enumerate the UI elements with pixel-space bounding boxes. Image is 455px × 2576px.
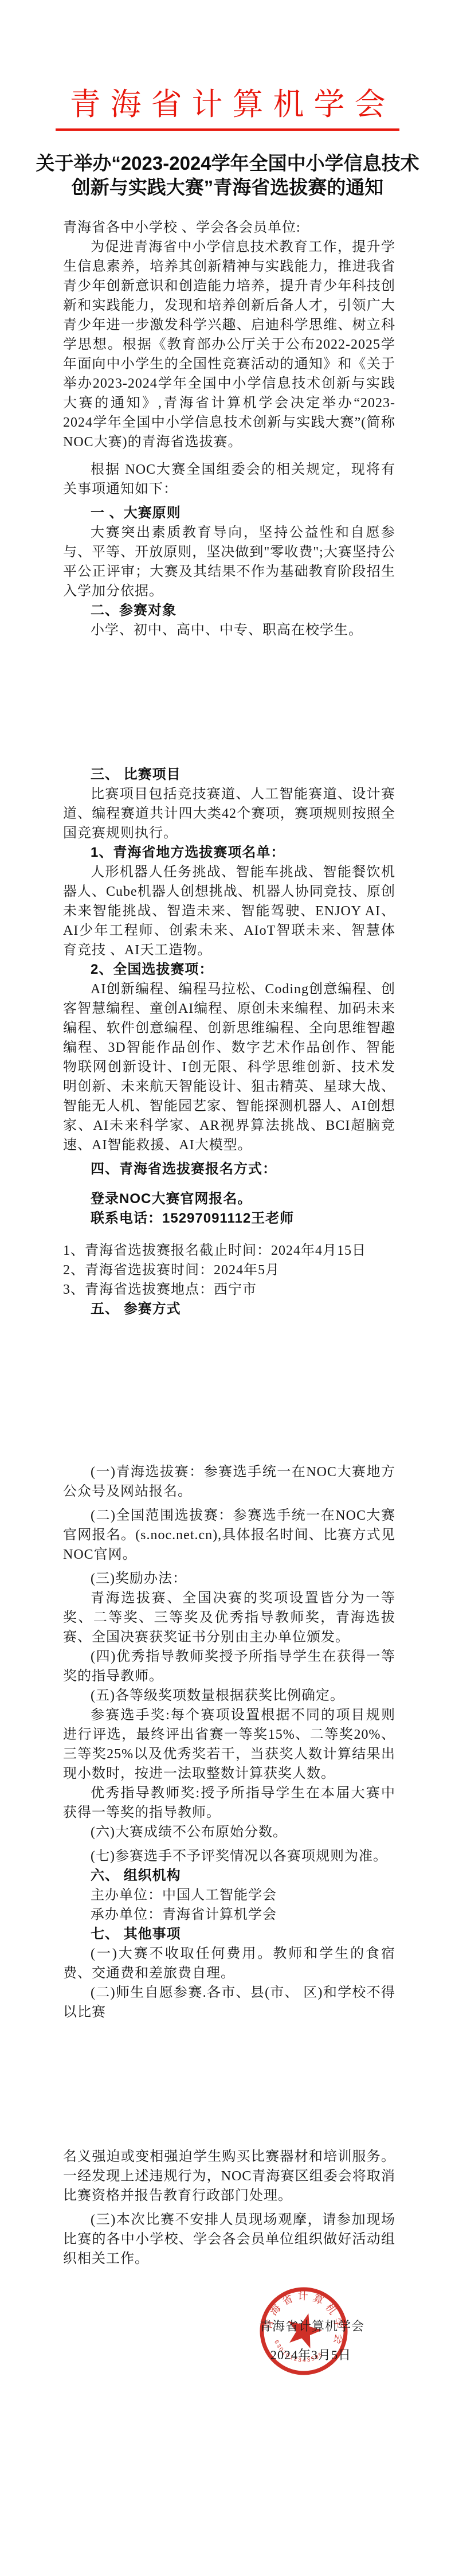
- signature-org-name: 青海省计算机学会: [259, 2317, 364, 2336]
- award-paragraph-2: (四)优秀指导教师奖授予所指导学生在获得一等奖的指导教师。: [63, 1647, 395, 1686]
- signature-area: 青海省计算机学会 6301012343595 青海省计算机学会 2024年3月5…: [63, 2269, 395, 2395]
- deadline-line: 1、青海省选拔赛报名截止时间：2024年4月15日: [63, 1241, 395, 1260]
- way-item-1: (一)青海选拔赛：参赛选手统一在NOC大赛地方公众号及网站报名。: [63, 1462, 395, 1501]
- document-page: 青海省计算机学会 关于举办“2023-2024学年全国中小学信息技术 创新与实践…: [0, 0, 455, 2576]
- page-break-gap-1: [63, 640, 395, 765]
- award-paragraph-4: 参赛选手奖:每个赛项设置根据不同的项目规则进行评选，最终评出省赛一等奖15%、二…: [63, 1705, 395, 1783]
- national-events-list: AI创新编程、编程马拉松、Coding创意编程、创客智慧编程、童创AI编程、原创…: [63, 979, 395, 1155]
- award-paragraph-6: (六)大赛成绩不公布原始分数。: [63, 1822, 395, 1842]
- local-events-list: 人形机器人任务挑战、智能车挑战、智能餐饮机器人、Cube机器人创想挑战、机器人协…: [63, 862, 395, 960]
- undertaker-line: 承办单位：青海省计算机学会: [63, 1905, 395, 1925]
- section7-heading: 七、 其他事项: [63, 1925, 395, 1944]
- event-place-line: 3、青海省选拔赛地点：西宁市: [63, 1280, 395, 1299]
- section4-heading: 四、青海省选拔赛报名方式：: [63, 1160, 395, 1179]
- document-body: 青海省各中小学校 、学会各会员单位: 为促进青海省中小学信息技术教育工作，提升学…: [0, 218, 455, 2395]
- section2-paragraph: 小学、初中、高中、中专、职高在校学生。: [63, 620, 395, 640]
- award-paragraph-1: 青海选拔赛、全国决赛的奖项设置皆分为一等奖、二等奖、三等奖及优秀指导教师奖，青海…: [63, 1588, 395, 1647]
- local-events-heading: 1、青海省地方选拔赛项名单：: [63, 843, 395, 862]
- document-title-line1: 关于举办“2023-2024学年全国中小学信息技术: [0, 151, 455, 175]
- section3-heading: 三、 比赛项目: [63, 765, 395, 784]
- award-paragraph-7: (七)参赛选手不予评奖情况以各赛项规则为准。: [63, 1847, 395, 1866]
- page-break-gap-2: [63, 1319, 395, 1462]
- registration-website-line: 登录NOC大赛官网报名。: [63, 1189, 395, 1209]
- recipient-line: 青海省各中小学校 、学会各会员单位:: [63, 218, 395, 237]
- section2-heading: 二、参赛对象: [63, 601, 395, 620]
- other-item-1: (一)大赛不收取任何费用。教师和学生的食宿费、交通费和差旅费自理。: [63, 1944, 395, 1983]
- way-item-2: (二)全国范围选拔赛：参赛选手统一在NOC大赛官网报名。(s.noc.net.c…: [63, 1506, 395, 1564]
- other-item-2-first-line: (二)师生自愿参赛.各市、县(市、 区)和学校不得以比赛: [63, 1983, 395, 2022]
- org-masthead-title: 青海省计算机学会: [56, 84, 399, 125]
- way-item-3: (三)奖励办法：: [63, 1569, 395, 1588]
- section5-heading: 五、 参赛方式: [63, 1299, 395, 1319]
- other-item-3: (三)本次比赛不安排人员现场观摩，请参加现场比赛的各中小学校、学会各会员单位组织…: [63, 2210, 395, 2269]
- section3-paragraph: 比赛项目包括竞技赛道、人工智能赛道、设计赛道、编程赛道共计四大类42个赛项，赛项…: [63, 784, 395, 843]
- contact-phone-line: 联系电话：15297091112王老师: [63, 1209, 395, 1228]
- intro-paragraph: 为促进青海省中小学信息技术教育工作，提升学生信息素养，培养其创新精神与实践能力，…: [63, 237, 395, 452]
- basis-paragraph: 根据 NOC大赛全国组委会的相关规定，现将有关事项通知如下：: [63, 460, 395, 499]
- award-paragraph-3: (五)各等级奖项数量根据获奖比例确定。: [63, 1686, 395, 1705]
- document-title-line2: 创新与实践大赛”青海省选拔赛的通知: [0, 175, 455, 200]
- organizer-line: 主办单位：中国人工智能学会: [63, 1886, 395, 1905]
- award-paragraph-5: 优秀指导教师奖:授予所指导学生在本届大赛中获得一等奖的指导教师。: [63, 1783, 395, 1822]
- org-masthead: 青海省计算机学会: [56, 84, 399, 131]
- signature-date: 2024年3月5日: [270, 2345, 351, 2365]
- event-time-line: 2、青海省选拔赛时间：2024年5月: [63, 1260, 395, 1280]
- section1-paragraph: 大赛突出素质教育导向，坚持公益性和自愿参与、平等、开放原则，坚决做到"零收费";…: [63, 523, 395, 601]
- section6-heading: 六、 组织机构: [63, 1866, 395, 1886]
- national-events-heading: 2、全国选拔赛项：: [63, 960, 395, 979]
- section1-heading: 一 、大赛原则: [63, 504, 395, 523]
- other-item-2-continuation: 名义强迫或变相强迫学生购买比赛器材和培训服务。一经发现上述违规行为，NOC青海赛…: [63, 2147, 395, 2206]
- page-break-gap-3: [63, 2022, 395, 2147]
- document-title: 关于举办“2023-2024学年全国中小学信息技术 创新与实践大赛”青海省选拔赛…: [0, 151, 455, 200]
